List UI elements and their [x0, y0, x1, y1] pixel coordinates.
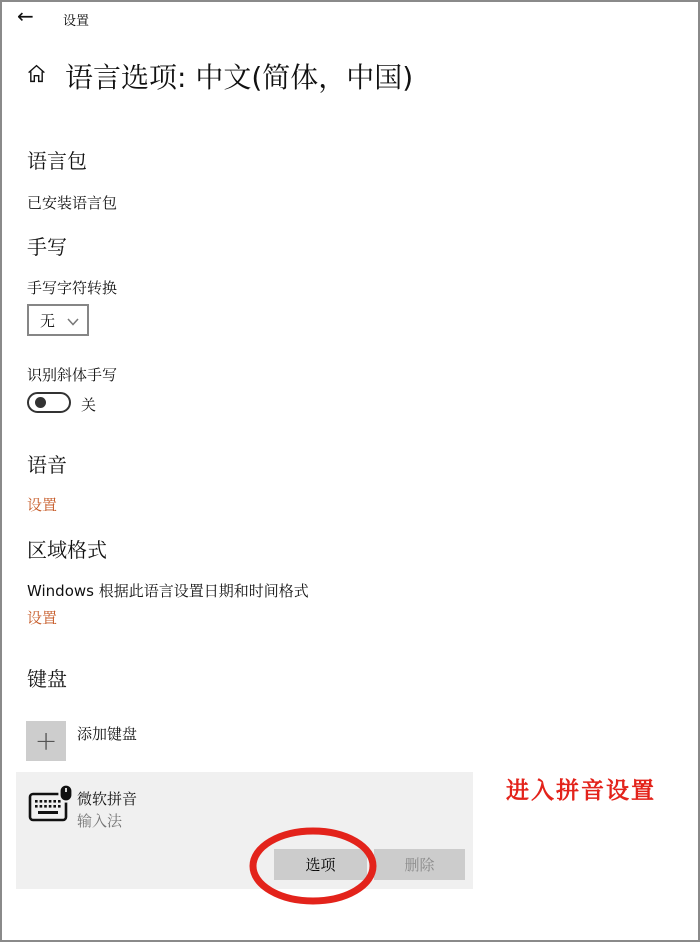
- ime-name: 微软拼音: [77, 788, 137, 809]
- toggle-knob: [35, 397, 46, 408]
- plus-icon: +: [35, 728, 58, 755]
- app-title: 设置: [63, 10, 89, 29]
- regional-format-settings-link[interactable]: 设置: [27, 607, 57, 628]
- keyboard-ime-icon: [27, 784, 75, 830]
- italic-handwriting-toggle[interactable]: [27, 392, 71, 413]
- home-icon[interactable]: [26, 63, 47, 88]
- annotation-text: 进入拼音设置: [506, 772, 656, 805]
- regional-format-heading: 区域格式: [27, 534, 107, 563]
- speech-settings-link[interactable]: 设置: [27, 494, 57, 515]
- settings-window: ← 设置 语言选项: 中文(简体，中国) 语言包 已安装语言包 手写 手写字符转…: [0, 0, 700, 942]
- page-title: 语言选项: 中文(简体，中国): [65, 56, 413, 96]
- speech-heading: 语音: [27, 449, 67, 478]
- regional-format-description: Windows 根据此语言设置日期和时间格式: [27, 580, 309, 601]
- ime-list-item-microsoft-pinyin[interactable]: 微软拼音 输入法 选项 删除: [16, 772, 473, 889]
- keyboard-heading: 键盘: [27, 663, 67, 692]
- dropdown-selected-value: 无: [40, 310, 55, 331]
- language-pack-heading: 语言包: [27, 145, 87, 174]
- handwriting-conversion-dropdown[interactable]: 无: [27, 304, 89, 336]
- ime-delete-button[interactable]: 删除: [374, 849, 465, 880]
- add-keyboard-button[interactable]: +: [26, 721, 66, 761]
- handwriting-conversion-label: 手写字符转换: [27, 277, 117, 298]
- italic-handwriting-label: 识别斜体手写: [27, 364, 117, 385]
- back-arrow-icon[interactable]: ←: [17, 4, 34, 28]
- add-keyboard-label: 添加键盘: [77, 723, 137, 744]
- chevron-down-icon: [67, 311, 79, 330]
- toggle-state-label: 关: [81, 394, 96, 415]
- ime-options-button[interactable]: 选项: [274, 849, 367, 880]
- handwriting-heading: 手写: [27, 231, 67, 260]
- installed-language-pack-text: 已安装语言包: [27, 192, 117, 213]
- ime-type-label: 输入法: [77, 810, 122, 831]
